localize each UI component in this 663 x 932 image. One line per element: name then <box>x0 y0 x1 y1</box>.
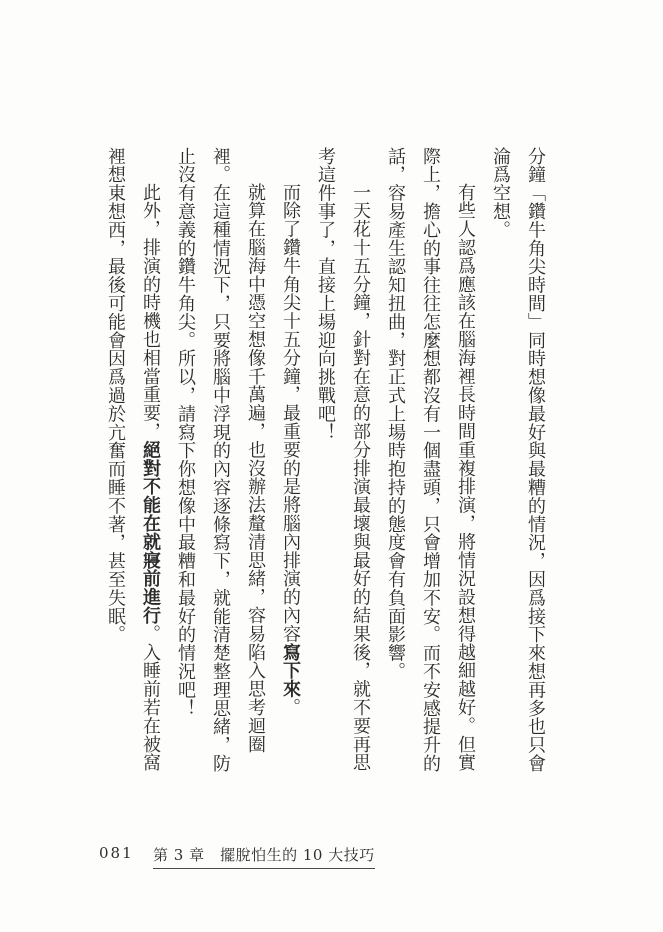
paragraph: 而除了鑽牛角尖十五分鐘，最重要的是將腦內排演的內容寫下來。 <box>273 147 308 777</box>
book-page: 分鐘「鑽牛角尖時間」同時想像最好與最糟的情況，因爲接下來想再多也只會淪爲空想。有… <box>0 0 663 932</box>
emphasis-text: 寫下來 <box>280 643 301 698</box>
paragraph: 有些人認爲應該在腦海裡長時間重複排演，將情況設想得越細越好。但實際上，擔心的事往… <box>378 147 483 777</box>
paragraph: 分鐘「鑽牛角尖時間」同時想像最好與最糟的情況，因爲接下來想再多也只會淪爲空想。 <box>483 147 553 777</box>
paragraph: 此外，排演的時機也相當重要，絕對不能在就寢前進行。入睡前若在被窩裡想東想西，最後… <box>98 147 168 777</box>
body-text: 分鐘「鑽牛角尖時間」同時想像最好與最糟的情況，因爲接下來想再多也只會淪爲空想。有… <box>98 147 553 777</box>
text-segment: 而除了鑽牛角尖十五分鐘，最重要的是將腦內排演的內容 <box>280 183 301 643</box>
text-segment: 就算在腦海中憑空想像千萬遍，也沒辦法釐清思緒，容易陷入思考迴圈裡。在這種情況下，… <box>175 147 266 773</box>
text-segment: 分鐘「鑽牛角尖時間」同時想像最好與最糟的情況，因爲接下來想再多也只會淪爲空想。 <box>490 147 546 773</box>
paragraph: 一天花十五分鐘，針對在意的部分排演最壞與最好的結果後，就不要再思考這件事了，直接… <box>308 147 378 777</box>
emphasis-text: 絕對不能在就寢前進行 <box>140 441 161 625</box>
paragraph: 就算在腦海中憑空想像千萬遍，也沒辦法釐清思緒，容易陷入思考迴圈裡。在這種情況下，… <box>168 147 273 777</box>
page-footer: 081 第 3 章 擺脫怕生的 10 大技巧 <box>0 842 663 868</box>
chapter-title: 第 3 章 擺脫怕生的 10 大技巧 <box>153 844 375 869</box>
text-segment: 。 <box>280 698 301 716</box>
text-segment: 有些人認爲應該在腦海裡長時間重複排演，將情況設想得越細越好。但實際上，擔心的事往… <box>385 147 476 773</box>
text-segment: 此外，排演的時機也相當重要， <box>140 183 161 441</box>
page-number: 081 <box>99 844 134 862</box>
text-segment: 一天花十五分鐘，針對在意的部分排演最壞與最好的結果後，就不要再思考這件事了，直接… <box>315 147 371 772</box>
